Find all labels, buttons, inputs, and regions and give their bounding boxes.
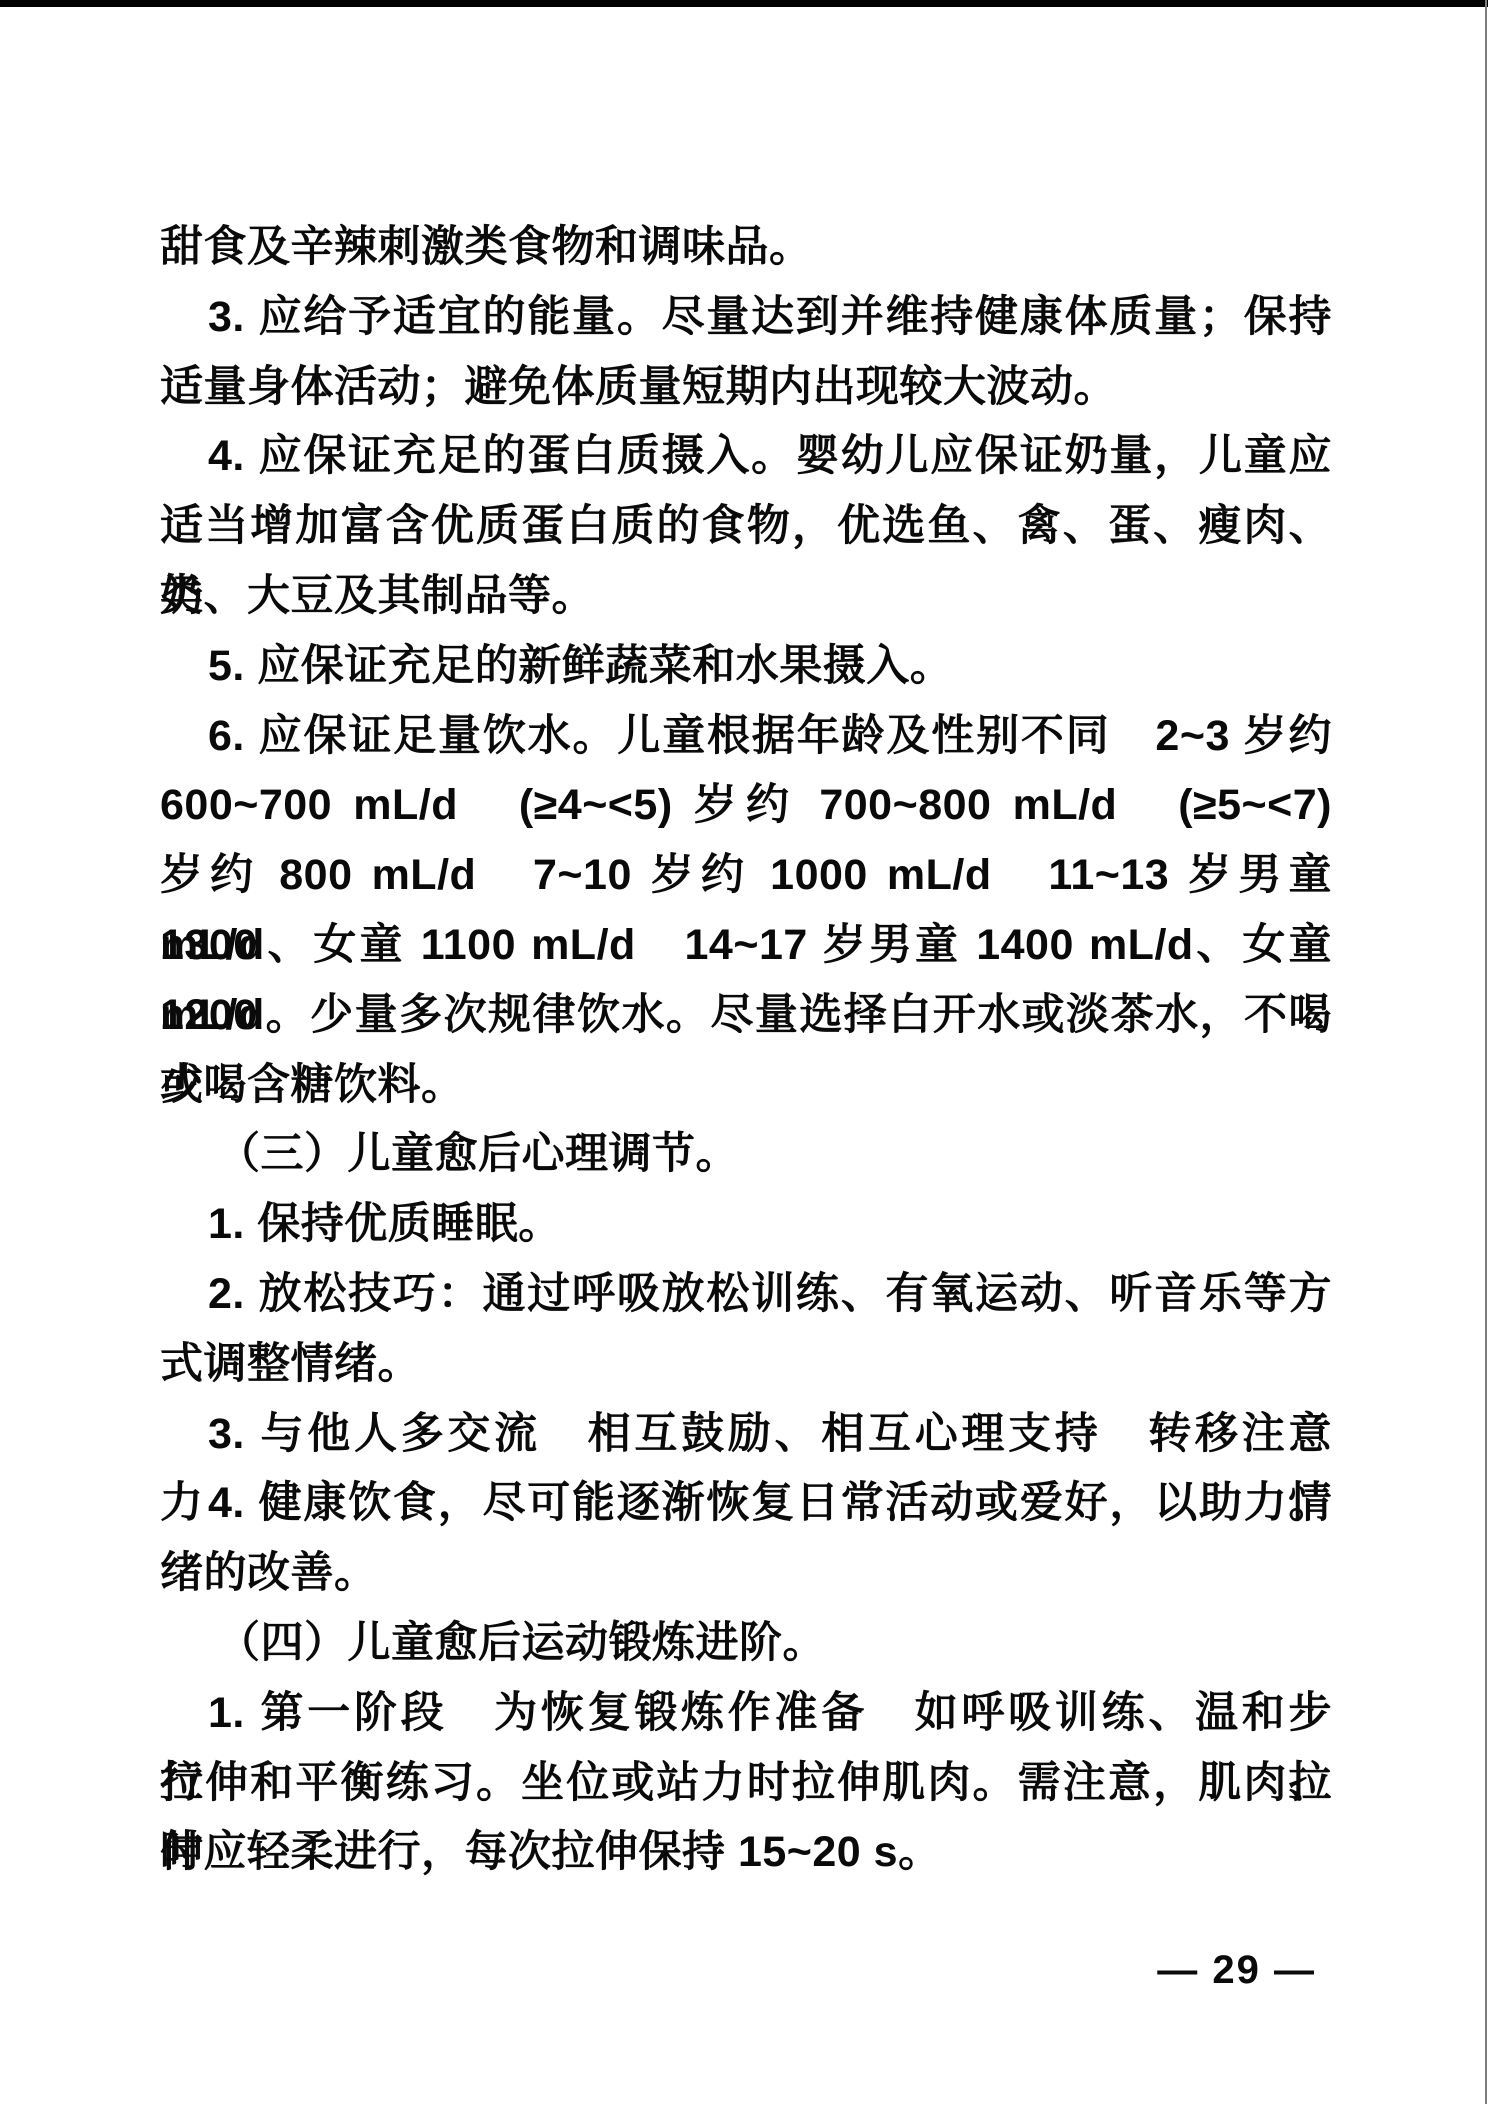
- text-line: 适量身体活动；避免体质量短期内出现较大波动。: [160, 353, 1332, 423]
- scan-top-edge: [0, 0, 1488, 7]
- text-line: 类、大豆及其制品等。: [160, 562, 1332, 632]
- text-line: 4. 健康饮食，尽可能逐渐恢复日常活动或爱好，以助力情: [160, 1469, 1332, 1539]
- text-line: 拉伸和平衡练习。坐位或站力时拉伸肌肉。需注意，肌肉拉伸: [160, 1749, 1332, 1819]
- text-line: 时应轻柔进行，每次拉伸保持 15~20 s。: [160, 1818, 1332, 1888]
- text-line: 绪的改善。: [160, 1539, 1332, 1609]
- text-line: （四）儿童愈后运动锻炼进阶。: [160, 1609, 1332, 1679]
- text-line: 式调整情绪。: [160, 1330, 1332, 1400]
- text-line: 3. 与他人多交流 相互鼓励、相互心理支持 转移注意力。: [160, 1400, 1332, 1470]
- text-line: 1. 第一阶段 为恢复锻炼作准备 如呼吸训练、温和步行、: [160, 1679, 1332, 1749]
- text-line: 5. 应保证充足的新鲜蔬菜和水果摄入。: [160, 632, 1332, 702]
- scan-right-edge: [1485, 0, 1487, 2104]
- text-line: 3. 应给予适宜的能量。尽量达到并维持健康体质量；保持: [160, 283, 1332, 353]
- text-line: mL/d。少量多次规律饮水。尽量选择白开水或淡茶水，不喝或: [160, 981, 1332, 1051]
- text-line: 岁约 800 mL/d 7~10 岁约 1000 mL/d 11~13 岁男童 …: [160, 841, 1332, 911]
- text-line: 4. 应保证充足的蛋白质摄入。婴幼儿应保证奶量，儿童应: [160, 422, 1332, 492]
- text-line: mL/d、女童 1100 mL/d 14~17 岁男童 1400 mL/d、女童…: [160, 911, 1332, 981]
- document-text-block: 甜食及辛辣刺激类食物和调味品。3. 应给予适宜的能量。尽量达到并维持健康体质量；…: [160, 213, 1332, 1888]
- text-line: 适当增加富含优质蛋白质的食物，优选鱼、禽、蛋、瘦肉、奶: [160, 492, 1332, 562]
- text-line: 600~700 mL/d (≥4~<5) 岁约 700~800 mL/d (≥5…: [160, 771, 1332, 841]
- text-line: 6. 应保证足量饮水。儿童根据年龄及性别不同 2~3 岁约: [160, 702, 1332, 772]
- page-number: — 29 —: [1157, 1948, 1316, 1993]
- text-line: 2. 放松技巧：通过呼吸放松训练、有氧运动、听音乐等方: [160, 1260, 1332, 1330]
- text-line: 1. 保持优质睡眠。: [160, 1190, 1332, 1260]
- text-line: 甜食及辛辣刺激类食物和调味品。: [160, 213, 1332, 283]
- text-line: （三）儿童愈后心理调节。: [160, 1120, 1332, 1190]
- text-line: 少喝含糖饮料。: [160, 1051, 1332, 1121]
